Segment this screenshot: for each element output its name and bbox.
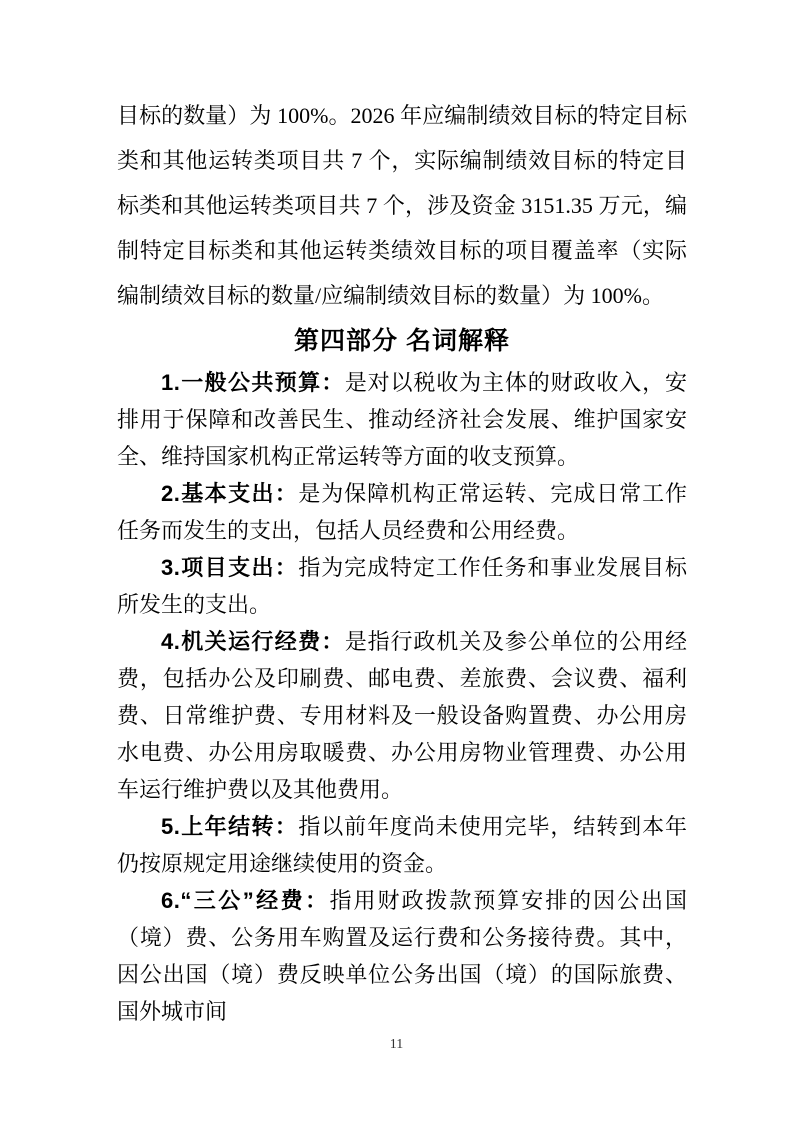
term-label: 4.机关运行经费： bbox=[161, 629, 345, 654]
page-number: 11 bbox=[0, 1036, 793, 1054]
term-item: 6.“三公”经费：指用财政拨款预算安排的因公出国（境）费、公务用车购置及运行费和… bbox=[117, 882, 687, 1030]
term-label: 3.项目支出： bbox=[161, 555, 298, 580]
term-item: 1.一般公共预算：是对以税收为主体的财政收入，安排用于保障和改善民生、推动经济社… bbox=[117, 364, 687, 475]
term-label: 5.上年结转： bbox=[161, 814, 298, 839]
term-label: 6.“三公”经费： bbox=[161, 888, 330, 913]
term-label: 2.基本支出： bbox=[161, 481, 298, 506]
term-item: 4.机关运行经费：是指行政机关及参公单位的公用经费，包括办公及印刷费、邮电费、差… bbox=[117, 623, 687, 808]
term-item: 3.项目支出：指为完成特定工作任务和事业发展目标所发生的支出。 bbox=[117, 549, 687, 623]
section-title: 第四部分 名词解释 bbox=[117, 321, 687, 361]
document-page: 目标的数量）为 100%。2026 年应编制绩效目标的特定目标类和其他运转类项目… bbox=[0, 0, 793, 1122]
term-item: 2.基本支出：是为保障机构正常运转、完成日常工作任务而发生的支出，包括人员经费和… bbox=[117, 475, 687, 549]
term-item: 5.上年结转：指以前年度尚未使用完毕，结转到本年仍按原规定用途继续使用的资金。 bbox=[117, 808, 687, 882]
term-label: 1.一般公共预算： bbox=[161, 370, 345, 395]
continuation-paragraph: 目标的数量）为 100%。2026 年应编制绩效目标的特定目标类和其他运转类项目… bbox=[117, 93, 687, 318]
term-definition: 是指行政机关及参公单位的公用经费，包括办公及印刷费、邮电费、差旅费、会议费、福利… bbox=[117, 629, 687, 802]
document-body: 目标的数量）为 100%。2026 年应编制绩效目标的特定目标类和其他运转类项目… bbox=[117, 93, 687, 1030]
